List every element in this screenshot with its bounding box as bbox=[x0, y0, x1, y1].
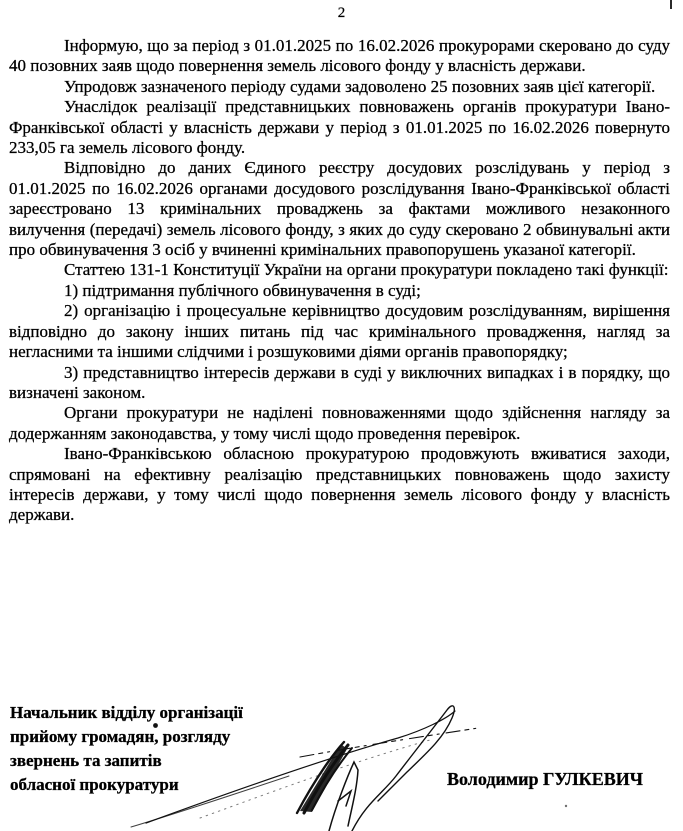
signatory-title-line: прийому громадян, розгляду bbox=[10, 725, 243, 749]
paragraph-ongoing-measures: Івано-Франківською обласною прокуратурою… bbox=[9, 444, 670, 526]
list-item-function-2: 2) організацію і процесуальне керівництв… bbox=[9, 301, 670, 362]
document-body: Інформую, що за період з 01.01.2025 по 1… bbox=[0, 36, 683, 526]
paragraph-land-returned: Унаслідок реалізації представницьких пов… bbox=[9, 97, 670, 158]
paragraph-criminal-register: Відповідно до даних Єдиного реєстру досу… bbox=[9, 158, 670, 260]
paragraph-constitution-article: Статтею 131-1 Конституції України на орг… bbox=[9, 260, 670, 280]
list-item-function-1: 1) підтримання публічного обвинувачення … bbox=[9, 281, 670, 301]
paragraph-lawsuits-granted: Упродовж зазначеного періоду судами задо… bbox=[9, 77, 670, 97]
paragraph-no-supervision-powers: Органи прокуратури не наділені повноваже… bbox=[9, 403, 670, 444]
list-item-function-3: 3) представництво інтересів держави в су… bbox=[9, 363, 670, 404]
paragraph-lawsuits-filed: Інформую, що за період з 01.01.2025 по 1… bbox=[9, 36, 670, 77]
signatory-title-line: звернень та запитів bbox=[10, 749, 243, 773]
page-number: 2 bbox=[0, 0, 683, 21]
signatory-title-line: Начальник відділу організації bbox=[10, 701, 243, 725]
signatory-title-line: обласної прокуратури bbox=[10, 773, 243, 797]
scan-artifact bbox=[670, 0, 672, 9]
signatory-name: Володимир ГУЛКЕВИЧ bbox=[447, 768, 643, 790]
signatory-title: Начальник відділу організації прийому гр… bbox=[10, 701, 243, 797]
